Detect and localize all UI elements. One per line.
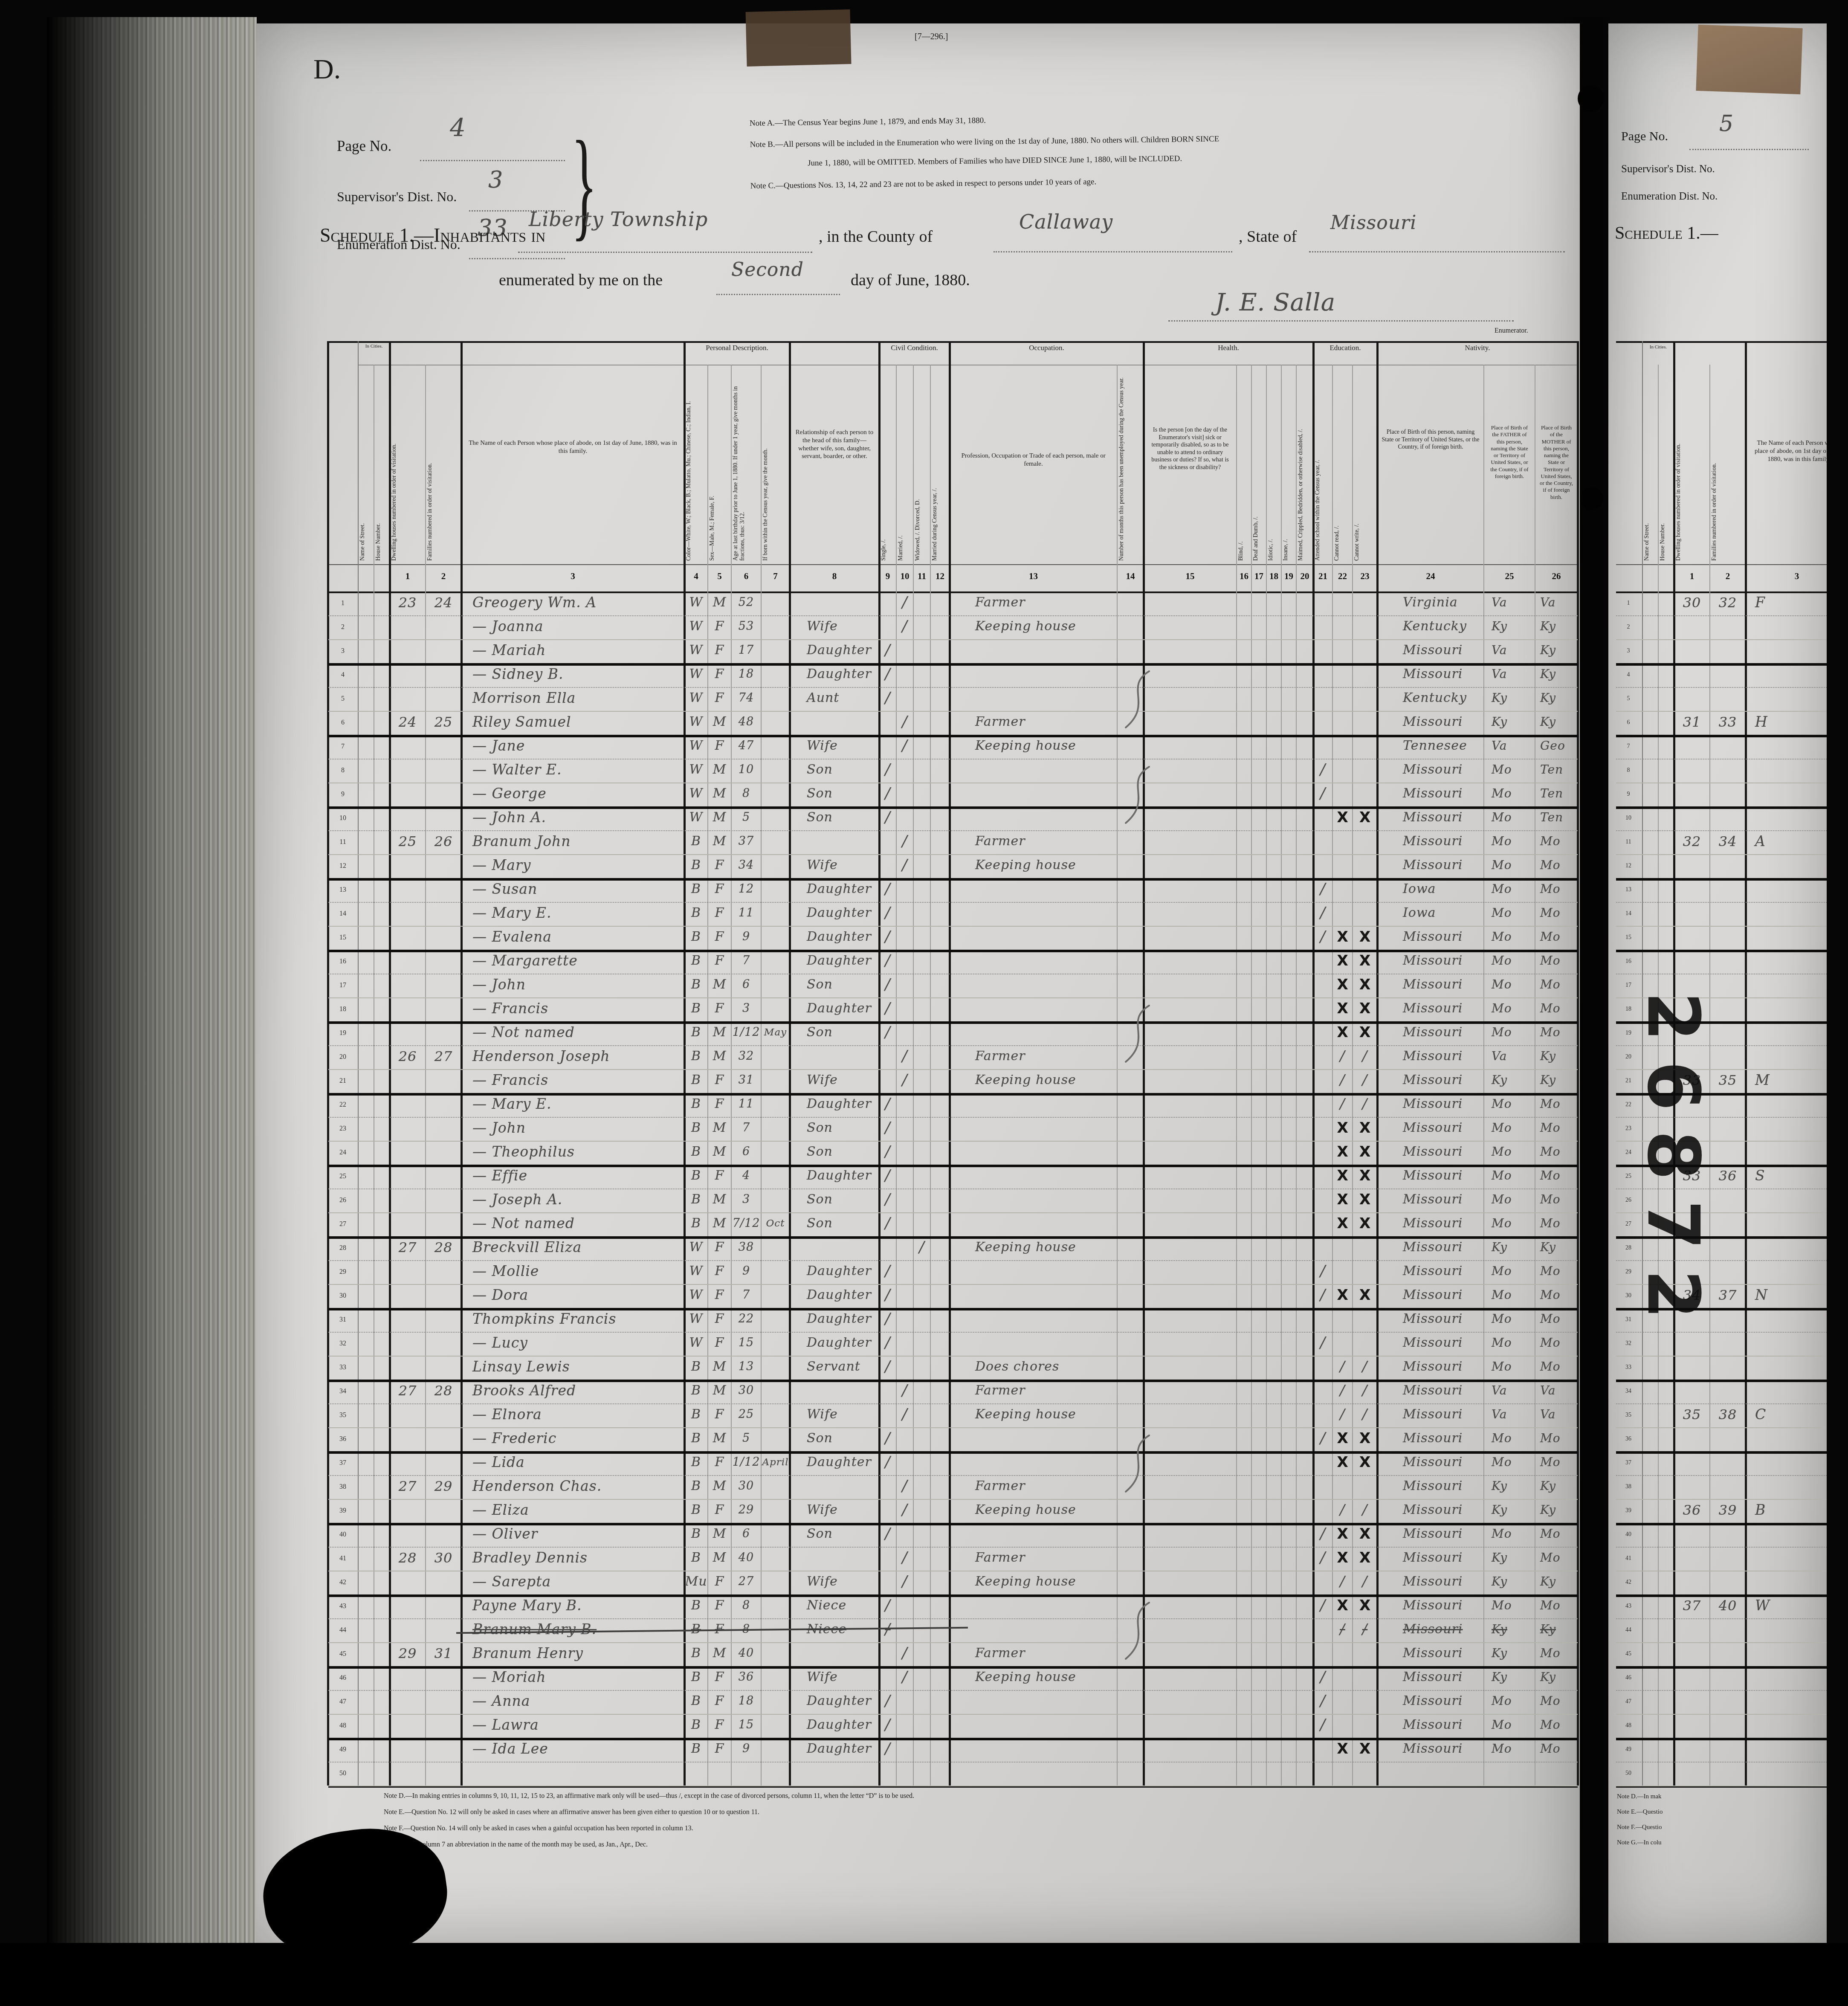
cell-col: W — [684, 783, 708, 806]
cell-m7 — [761, 1332, 790, 1356]
column-number: 19 — [1281, 571, 1296, 582]
scan-bottom-edge — [0, 1943, 1848, 2006]
cell-d: 25 — [390, 830, 426, 854]
cell-sex: M — [708, 1475, 731, 1499]
cell-c11 — [913, 1284, 930, 1308]
cell-col: B — [684, 1380, 708, 1403]
row-number: 1 — [328, 591, 357, 615]
cell-m7 — [761, 663, 790, 687]
cell-mbp: Ky — [1535, 1618, 1583, 1642]
column-number: 22 — [1332, 571, 1353, 582]
table-row: 3— MariahWF17Daughter/MissouriVaKy — [328, 639, 1578, 666]
cell-c11 — [913, 759, 930, 783]
table-row: 9— GeorgeWM8Son//MissouriMoTen — [328, 783, 1578, 809]
cell-m7 — [761, 1666, 790, 1690]
cell-col: W — [684, 591, 708, 615]
cell-col: B — [684, 974, 708, 997]
cell-col: B — [684, 1642, 708, 1666]
cell-fbp: Mo — [1484, 1021, 1543, 1045]
cell-m7 — [761, 1141, 790, 1165]
township-rule — [518, 228, 812, 253]
column-label: The Name of each Person whose place of a… — [466, 439, 680, 455]
cell-c22 — [1332, 783, 1353, 806]
cell-f: 27 — [426, 1045, 461, 1069]
cell-f — [426, 615, 461, 639]
table-row: 43Payne Mary B.BF8Niece//XXMissouriMoMo — [328, 1594, 1578, 1619]
row-number: 48 — [1616, 1714, 1641, 1738]
cell-fbp: Va — [1484, 735, 1543, 759]
cell-c11 — [913, 1356, 930, 1380]
cell-c23: X — [1353, 1165, 1377, 1189]
table-row: 13— SusanBF12Daughter//IowaMoMo — [328, 878, 1578, 903]
row-number: 38 — [328, 1475, 357, 1499]
cell-age: 32 — [731, 1045, 761, 1069]
cell-f — [426, 878, 461, 902]
cell-name: — Not named — [461, 1212, 695, 1236]
row-number: 44 — [1616, 1618, 1641, 1642]
cell-c9: / — [879, 1141, 896, 1165]
cell-col: B — [684, 1069, 708, 1093]
row-number: 35 — [328, 1403, 357, 1427]
cell-occ — [950, 1260, 1143, 1284]
cell-c21: / — [1313, 759, 1332, 783]
right-schedule-title: Schedule 1.— — [1615, 223, 1718, 244]
cell-c22: / — [1332, 1618, 1353, 1642]
cell-c22 — [1332, 735, 1353, 759]
column-number: 23 — [1353, 571, 1377, 582]
cell-c11 — [913, 1714, 930, 1738]
column-number: 2 — [426, 571, 461, 582]
row-number: 46 — [1616, 1666, 1641, 1690]
cell-name: Branum Henry — [461, 1642, 695, 1666]
cell-col — [684, 1762, 708, 1786]
cell-c22 — [1332, 1714, 1353, 1738]
cell-occ — [950, 1093, 1143, 1117]
cell-c9: / — [879, 1212, 896, 1236]
cell-c10 — [896, 687, 913, 711]
cell-c9: / — [879, 926, 896, 950]
cell-c10 — [896, 1141, 913, 1165]
day-rule — [716, 274, 840, 295]
cell-d — [390, 1403, 426, 1427]
cell-col: B — [684, 1427, 708, 1451]
cell-d — [390, 1571, 426, 1594]
cell-name: Thompkins Francis — [461, 1308, 695, 1332]
cell-c23: / — [1353, 1403, 1377, 1427]
column-vertical-label: House Number. — [375, 368, 388, 561]
table-row: 50 — [328, 1762, 1578, 1786]
column-vertical-label: Age at last birthday prior to June 1, 18… — [733, 368, 760, 561]
cell-name-fragment: A — [1749, 830, 1827, 854]
cell-m7 — [761, 1523, 790, 1547]
cell-mbp: Ky — [1535, 711, 1583, 735]
cell-f — [426, 1356, 461, 1380]
cell-fbp: Mo — [1484, 1189, 1543, 1212]
cell-sex: F — [708, 854, 731, 878]
cell-dwelling: 36 — [1674, 1499, 1710, 1523]
table-row: 46 — [1616, 1666, 1827, 1691]
cell-sex: F — [708, 615, 731, 639]
cell-occ — [950, 1332, 1143, 1356]
cell-c21: / — [1313, 1427, 1332, 1451]
cell-fbp: Ky — [1484, 687, 1543, 711]
cell-occ — [950, 878, 1143, 902]
cell-f — [426, 1021, 461, 1045]
cell-c23: X — [1353, 1427, 1377, 1451]
cell-name-fragment: N — [1749, 1284, 1827, 1308]
cell-c22 — [1332, 1690, 1353, 1714]
cell-name: Riley Samuel — [461, 711, 695, 735]
column-vertical-label: Sex—Male, M.; Female, F. — [709, 368, 730, 561]
cell-col: W — [684, 639, 708, 663]
cell-sex: M — [708, 830, 731, 854]
table-row: 202627Henderson JosephBM32/Farmer//Misso… — [328, 1045, 1578, 1070]
tape-patch-right — [1696, 25, 1802, 94]
cell-name: — Frederic — [461, 1427, 695, 1451]
cell-c9: / — [879, 663, 896, 687]
row-number: 20 — [328, 1045, 357, 1069]
table-row: 4— Sidney B.WF18Daughter/MissouriVaKy — [328, 663, 1578, 688]
cell-col: Mu — [684, 1571, 708, 1594]
column-vertical-label: Name of Street. — [359, 368, 373, 561]
table-row: 4 — [1616, 663, 1827, 688]
cell-f — [426, 1212, 461, 1236]
cell-fbp: Mo — [1484, 1594, 1543, 1618]
table-row: 41 — [1616, 1547, 1827, 1571]
cell-c22 — [1332, 1762, 1353, 1786]
cell-c21: / — [1313, 1714, 1332, 1738]
cell-m7 — [761, 806, 790, 830]
cell-fbp: Mo — [1484, 1523, 1543, 1547]
cell-occ — [950, 1690, 1143, 1714]
column-vertical-label: Widowed, /. Divorced, D. — [915, 368, 929, 561]
cell-c10: / — [896, 1045, 913, 1069]
cell-sex: M — [708, 1141, 731, 1165]
cell-c11 — [913, 735, 930, 759]
cell-name: — Eliza — [461, 1499, 695, 1523]
cell-c11 — [913, 1308, 930, 1332]
row-number: 38 — [1616, 1475, 1641, 1499]
cell-family: 33 — [1710, 711, 1746, 735]
pen-flourish — [1113, 1432, 1160, 1496]
cell-f — [426, 1332, 461, 1356]
cell-mbp: Geo — [1535, 735, 1583, 759]
cell-name: — Mary E. — [461, 902, 695, 926]
cell-fbp: Ky — [1484, 1666, 1543, 1690]
cell-fbp: Mo — [1484, 1427, 1543, 1451]
cell-occ: Farmer — [950, 830, 1143, 854]
table-row: 7 — [1616, 735, 1827, 759]
cell-c9: / — [879, 1308, 896, 1332]
table-row: 14— Mary E.BF11Daughter//IowaMoMo — [328, 902, 1578, 927]
cell-sex: M — [708, 711, 731, 735]
column-vertical-label: Dwelling houses numbered in order of vis… — [1675, 368, 1709, 561]
cell-c10: / — [896, 1547, 913, 1571]
cell-name: Payne Mary B. — [461, 1594, 695, 1618]
row-number: 7 — [1616, 735, 1641, 759]
cell-f — [426, 1141, 461, 1165]
cell-c10 — [896, 997, 913, 1021]
cell-f — [426, 1523, 461, 1547]
cell-age: 40 — [731, 1642, 761, 1666]
cell-dwelling: 30 — [1674, 591, 1710, 615]
cell-mbp: Mo — [1535, 1690, 1583, 1714]
cell-m7 — [761, 902, 790, 926]
cell-sex: F — [708, 1594, 731, 1618]
cell-c21 — [1313, 1117, 1332, 1141]
cell-c10: / — [896, 1642, 913, 1666]
cell-age: 9 — [731, 1738, 761, 1762]
cell-mbp: Mo — [1535, 1523, 1583, 1547]
cell-occ — [950, 926, 1143, 950]
note-f: Note F.—Question No. 14 will only be ask… — [384, 1825, 693, 1832]
cell-m7 — [761, 1762, 790, 1786]
cell-c22 — [1332, 830, 1353, 854]
cell-d — [390, 1356, 426, 1380]
cell-c11 — [913, 1618, 930, 1642]
enumerated-suffix: day of June, 1880. — [851, 271, 970, 290]
column-number: 1 — [390, 571, 426, 582]
enumerator-label: Enumerator. — [1495, 327, 1528, 335]
cell-d — [390, 878, 426, 902]
cell-f — [426, 1403, 461, 1427]
row-number: 43 — [1616, 1594, 1641, 1618]
row-number: 42 — [1616, 1571, 1641, 1594]
cell-name: — Lawra — [461, 1714, 695, 1738]
table-row: 38 — [1616, 1475, 1827, 1500]
cell-fbp: Mo — [1484, 902, 1543, 926]
cell-sex: F — [708, 1738, 731, 1762]
cell-f — [426, 1093, 461, 1117]
cell-c11 — [913, 687, 930, 711]
cell-c22: X — [1332, 1141, 1353, 1165]
cell-c23 — [1353, 830, 1377, 854]
cell-m7 — [761, 1427, 790, 1451]
cell-family: 32 — [1710, 591, 1746, 615]
cell-mbp: Ky — [1535, 1475, 1583, 1499]
cell-occ — [950, 950, 1143, 974]
cell-c9: / — [879, 1260, 896, 1284]
cell-age: 5 — [731, 806, 761, 830]
cell-f — [426, 1738, 461, 1762]
cell-name: — Margarette — [461, 950, 695, 974]
cell-c21 — [1313, 615, 1332, 639]
cell-col: B — [684, 950, 708, 974]
cell-c11 — [913, 783, 930, 806]
cell-fbp: Ky — [1484, 1618, 1543, 1642]
cell-fbp: Mo — [1484, 974, 1543, 997]
cell-family: 36 — [1710, 1165, 1746, 1189]
column-number: 17 — [1251, 571, 1266, 582]
cell-f: 31 — [426, 1642, 461, 1666]
row-number: 14 — [1616, 902, 1641, 926]
cell-m7 — [761, 830, 790, 854]
cell-name: — Mariah — [461, 639, 695, 663]
cell-c10 — [896, 1594, 913, 1618]
table-row: 13 — [1616, 878, 1827, 903]
cell-c22 — [1332, 1308, 1353, 1332]
cell-c9 — [879, 1403, 896, 1427]
cell-fbp: Ky — [1484, 1571, 1543, 1594]
cell-m7 — [761, 1475, 790, 1499]
row-number: 40 — [1616, 1523, 1641, 1547]
cell-c9 — [879, 711, 896, 735]
cell-occ — [950, 1738, 1143, 1762]
cell-f — [426, 1594, 461, 1618]
cell-f — [426, 1165, 461, 1189]
cell-name: — Oliver — [461, 1523, 695, 1547]
cell-c23: / — [1353, 1499, 1377, 1523]
row-number: 3 — [328, 639, 357, 663]
row-number: 45 — [1616, 1642, 1641, 1666]
cell-name — [461, 1762, 695, 1786]
cell-name: — John — [461, 974, 695, 997]
row-number: 49 — [1616, 1738, 1641, 1762]
column-number: 12 — [930, 571, 950, 582]
cell-name: — John — [461, 1117, 695, 1141]
cell-c9 — [879, 1547, 896, 1571]
cell-d: 29 — [390, 1642, 426, 1666]
cell-c10: / — [896, 1571, 913, 1594]
cell-occ: Keeping house — [950, 735, 1143, 759]
cell-f — [426, 1117, 461, 1141]
cell-c22: / — [1332, 1403, 1353, 1427]
cell-fbp: Mo — [1484, 1093, 1543, 1117]
cell-c23: X — [1353, 1523, 1377, 1547]
cell-c9 — [879, 1762, 896, 1786]
cell-mbp: Ten — [1535, 783, 1583, 806]
cell-c10: / — [896, 1403, 913, 1427]
table-row: 24— TheophilusBM6Son/XXMissouriMoMo — [328, 1141, 1578, 1167]
cell-c10 — [896, 759, 913, 783]
cell-f — [426, 1308, 461, 1332]
cell-m7 — [761, 639, 790, 663]
column-vertical-label: Blind, /. — [1238, 368, 1250, 561]
row-number: 12 — [1616, 854, 1641, 878]
cell-c9 — [879, 1236, 896, 1260]
column-vertical-label: Maimed, Crippled, Bedridden, or otherwis… — [1298, 368, 1312, 561]
row-number: 19 — [328, 1021, 357, 1045]
cell-fbp: Va — [1484, 1045, 1543, 1069]
row-number: 39 — [328, 1499, 357, 1523]
cell-col: W — [684, 759, 708, 783]
cell-c23 — [1353, 902, 1377, 926]
row-number: 12 — [328, 854, 357, 878]
cell-c11 — [913, 1427, 930, 1451]
column-label: Place of Birth of the MOTHER of this per… — [1539, 424, 1573, 501]
cell-c9: / — [879, 1332, 896, 1356]
cell-name: Linsay Lewis — [461, 1356, 695, 1380]
cell-c21 — [1313, 1403, 1332, 1427]
group-label: Civil Condition. — [879, 344, 950, 352]
cell-fbp: Va — [1484, 639, 1543, 663]
cell-c22 — [1332, 1475, 1353, 1499]
cell-col: B — [684, 1356, 708, 1380]
cell-sex: M — [708, 1642, 731, 1666]
cell-c22: X — [1332, 1212, 1353, 1236]
table-row: 452931Branum HenryBM40/FarmerMissouriKyM… — [328, 1642, 1578, 1669]
cell-name: — Anna — [461, 1690, 695, 1714]
cell-c23 — [1353, 783, 1377, 806]
cell-d — [390, 1212, 426, 1236]
cell-c11 — [913, 1332, 930, 1356]
row-number: 34 — [328, 1380, 357, 1403]
column-number: 11 — [913, 571, 930, 582]
cell-c23 — [1353, 878, 1377, 902]
cell-c11 — [913, 1069, 930, 1093]
table-row: 18— FrancisBF3Daughter/XXMissouriMoMo — [328, 997, 1578, 1024]
cell-sex: M — [708, 806, 731, 830]
cell-c21 — [1313, 663, 1332, 687]
cell-mbp: Mo — [1535, 854, 1583, 878]
table-row: 39— ElizaBF29Wife/Keeping house//Missour… — [328, 1499, 1578, 1525]
cell-age: 5 — [731, 1427, 761, 1451]
row-number: 42 — [328, 1571, 357, 1594]
cell-m7 — [761, 1738, 790, 1762]
column-vertical-label: Cannot read, /. — [1334, 368, 1351, 561]
cell-age: 29 — [731, 1499, 761, 1523]
cell-f — [426, 687, 461, 711]
cell-col: B — [684, 1212, 708, 1236]
cell-d: 24 — [390, 711, 426, 735]
column-vertical-label: Attended school within the Census year, … — [1315, 368, 1331, 561]
cell-d — [390, 1523, 426, 1547]
cell-mbp: Ky — [1535, 1666, 1583, 1690]
cell-dwelling: 32 — [1674, 830, 1710, 854]
cell-c21 — [1313, 1762, 1332, 1786]
cell-c11 — [913, 950, 930, 974]
cell-c11 — [913, 1738, 930, 1762]
cell-c9 — [879, 615, 896, 639]
cell-c23 — [1353, 1642, 1377, 1666]
cell-sex: F — [708, 663, 731, 687]
column-number: 26 — [1535, 571, 1578, 582]
row-number: 45 — [328, 1642, 357, 1666]
cell-f: 24 — [426, 591, 461, 615]
cell-c9 — [879, 830, 896, 854]
row-number: 5 — [328, 687, 357, 711]
row-number: 41 — [1616, 1547, 1641, 1571]
cell-c21 — [1313, 997, 1332, 1021]
cell-c10 — [896, 902, 913, 926]
group-label: Education. — [1313, 344, 1377, 352]
cell-m7 — [761, 1571, 790, 1594]
cell-c9 — [879, 1069, 896, 1093]
table-row: 27— Not namedBM7/12OctSon/XXMissouriMoMo — [328, 1212, 1578, 1239]
cell-col: B — [684, 1141, 708, 1165]
cell-sex: M — [708, 783, 731, 806]
cell-d — [390, 1069, 426, 1093]
cell-f — [426, 1666, 461, 1690]
column-vertical-label: Idiotic, /. — [1268, 368, 1280, 561]
cell-sex: F — [708, 639, 731, 663]
cell-fbp: Mo — [1484, 997, 1543, 1021]
cell-mbp: Va — [1535, 591, 1583, 615]
table-row: 9 — [1616, 783, 1827, 809]
cell-m7 — [761, 1642, 790, 1666]
table-row: 15 — [1616, 926, 1827, 952]
table-row: 45 — [1616, 1642, 1827, 1669]
cell-c23 — [1353, 711, 1377, 735]
cell-c23: / — [1353, 1571, 1377, 1594]
cell-age: 18 — [731, 1690, 761, 1714]
cell-mbp: Mo — [1535, 997, 1583, 1021]
cell-sex: F — [708, 1308, 731, 1332]
cell-age: 11 — [731, 1093, 761, 1117]
cell-age: 74 — [731, 687, 761, 711]
cell-age: 9 — [731, 1260, 761, 1284]
cell-c10 — [896, 1523, 913, 1547]
